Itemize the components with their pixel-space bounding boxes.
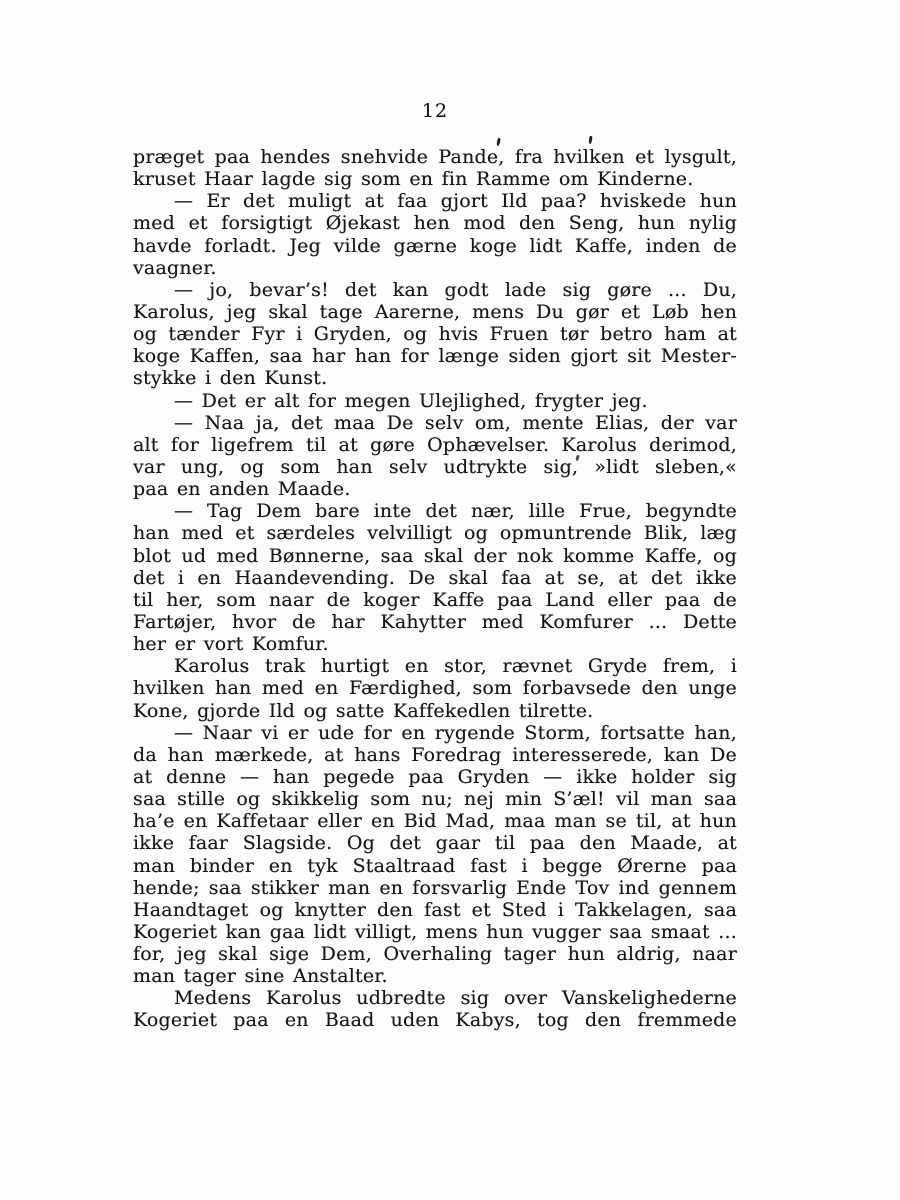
text-line: — Tag Dem bare inte det nær, lille Frue,… [133,500,737,522]
text-line: da han mærkede, at hans Foredrag interes… [133,744,737,766]
text-line: her er vort Komfur. [133,633,737,655]
text-line: Haandtaget og knytter den fast et Sted i… [133,899,737,921]
scan-speck [496,138,501,146]
text-line: paa en anden Maade. [133,478,737,500]
page-number: 12 [133,100,737,122]
text-line: Kone, gjorde Ild og satte Kaffekedlen ti… [133,700,737,722]
text-line: Karolus trak hurtigt en stor, rævnet Gry… [133,655,737,677]
text-line: præget paa hendes snehvide Pande, fra hv… [133,146,737,168]
book-page: 12 præget paa hendes snehvide Pande, fra… [0,0,900,1200]
text-line: at denne — han pegede paa Gryden — ikke … [133,766,737,788]
text-line: kruset Haar lagde sig som en fin Ramme o… [133,168,737,190]
text-line: — jo, bevar’s! det kan godt lade sig gør… [133,279,737,301]
text-line: — Er det muligt at faa gjort Ild paa? hv… [133,190,737,212]
text-line: Kogeriet kan gaa lidt villigt, mens hun … [133,921,737,943]
text-line: ikke faar Slagside. Og det gaar til paa … [133,832,737,854]
text-line: til her, som naar de koger Kaffe paa Lan… [133,589,737,611]
text-line: — Naa ja, det maa De selv om, mente Elia… [133,412,737,434]
text-line: — Naar vi er ude for en rygende Storm, f… [133,722,737,744]
text-line: han med et særdeles velvilligt og opmunt… [133,522,737,544]
text-line: man binder en tyk Staaltraad fast i begg… [133,855,737,877]
text-line: alt for ligefrem til at gøre Ophævelser.… [133,434,737,456]
scan-speck [588,136,592,144]
text-line: var ung, og som han selv udtrykte sig, »… [133,456,737,478]
text-line: med et forsigtigt Øjekast hen mod den Se… [133,212,737,234]
text-line: Medens Karolus udbredte sig over Vanskel… [133,987,737,1009]
text-line: koge Kaffen, saa har han for længe siden… [133,345,737,367]
text-line: havde forladt. Jeg vilde gærne koge lidt… [133,235,737,257]
text-line: for, jeg skal sige Dem, Overhaling tager… [133,943,737,965]
text-line: det i en Haandevending. De skal faa at s… [133,567,737,589]
text-line: Karolus, jeg skal tage Aarerne, mens Du … [133,301,737,323]
text-line: blot ud med Bønnerne, saa skal der nok k… [133,545,737,567]
text-line: hvilken han med en Færdighed, som forbav… [133,677,737,699]
text-line: — Det er alt for megen Ulejlighed, frygt… [133,390,737,412]
text-line: ha’e en Kaffetaar eller en Bid Mad, maa … [133,810,737,832]
text-line: saa stille og skikkelig som nu; nej min … [133,788,737,810]
text-line: hende; saa stikker man en forsvarlig End… [133,877,737,899]
text-line: og tænder Fyr i Gryden, og hvis Fruen tø… [133,323,737,345]
text-line: Kogeriet paa en Baad uden Kabys, tog den… [133,1009,737,1031]
text-line: stykke i den Kunst. [133,367,737,389]
text-line: vaagner. [133,257,737,279]
text-line: Fartøjer, hvor de har Kahytter med Komfu… [133,611,737,633]
text-line: man tager sine Anstalter. [133,965,737,987]
page-text: præget paa hendes snehvide Pande, fra hv… [133,146,737,1032]
